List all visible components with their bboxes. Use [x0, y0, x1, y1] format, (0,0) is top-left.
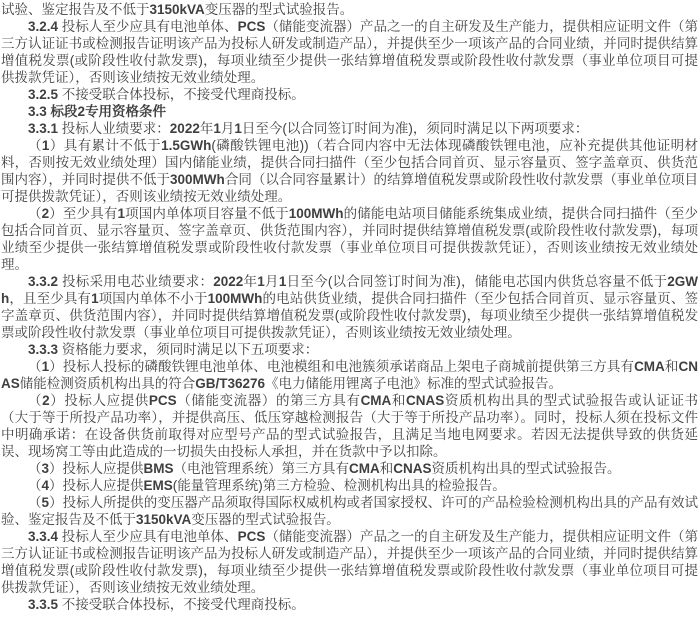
latin-run: GB/T36276: [195, 376, 265, 391]
latin-run: 1: [234, 121, 242, 136]
latin-run: 3150kVA: [136, 512, 191, 527]
latin-run: 1: [42, 138, 50, 153]
latin-run: 2022: [170, 121, 200, 136]
tender-document-body: 试验、鉴定报告及不低于3150kVA变压器的型式试验报告。 3.2.4 投标人至…: [0, 0, 700, 613]
latin-run: 1: [91, 291, 99, 306]
paragraph-3-3-5: 3.3.5 不接受联合体投标，不接受代理商投标。: [1, 596, 698, 613]
paragraph-3-3-4: 3.3.4 投标人至少应具有电池单体、PCS（储能变流器）产品之一的自主研发及生…: [1, 528, 698, 596]
paragraph-3-3-3-item-4: （4）投标人应提供EMS(能量管理系统)第三方检验、检测机构出具的检验报告。: [1, 477, 698, 494]
paragraph-3-3-1-item-2: （2）至少具有1项国内单体项目容量不低于100MWh的储能电站项目储能系统集成业…: [1, 205, 698, 273]
latin-run: CNAS: [406, 393, 444, 408]
latin-run: 100MWh: [289, 206, 344, 221]
latin-run: 3.3.5: [28, 597, 58, 612]
latin-run: 4: [42, 478, 50, 493]
latin-run: 5: [42, 495, 50, 510]
latin-run: PCS: [238, 529, 266, 544]
latin-run: BMS: [144, 461, 174, 476]
paragraph-3-2-5: 3.2.5 不接受联合体投标，不接受代理商投标。: [1, 86, 698, 103]
paragraph-3-3-1-item-1: （1）具有累计不低于1.5GWh(磷酸铁锂电池))（若合同内容中无法体现磷酸铁锂…: [1, 137, 698, 205]
latin-run: CMA: [349, 461, 380, 476]
paragraph-3-3-1: 3.3.1 投标人业绩要求：2022年1月1日至今(以合同签订时间为准)，须同时…: [1, 120, 698, 137]
latin-run: 2: [42, 206, 50, 221]
latin-run: 3.3.3: [28, 342, 58, 357]
latin-run: CNAS: [1, 359, 698, 391]
latin-run: 1: [279, 274, 287, 289]
latin-run: 3150kVA: [150, 2, 205, 17]
latin-run: 3.3.1: [28, 121, 58, 136]
latin-run: PCS: [238, 19, 266, 34]
latin-run: 1: [213, 121, 221, 136]
latin-run: 3.3.4: [28, 529, 58, 544]
latin-run: CMA: [361, 393, 392, 408]
latin-run: 2GWh: [1, 274, 698, 306]
paragraph-3-2-4: 3.2.4 投标人至少应具有电池单体、PCS（储能变流器）产品之一的自主研发及生…: [1, 18, 698, 86]
paragraph-3-3-3-item-2: （2）投标人应提供PCS（储能变流器）的第三方具有CMA和CNAS资质机构出具的…: [1, 392, 698, 460]
latin-run: 100MWh: [208, 291, 263, 306]
latin-run: PCS: [149, 393, 177, 408]
latin-run: 1: [257, 274, 265, 289]
latin-run: 3.2.5: [28, 87, 58, 102]
latin-run: 2022: [213, 274, 243, 289]
latin-run: CNAS: [393, 461, 431, 476]
latin-run: 2: [42, 393, 50, 408]
latin-run: 1: [42, 359, 50, 374]
latin-run: 2: [78, 104, 86, 119]
latin-run: CMA: [634, 359, 665, 374]
paragraph-3-3-3-item-3: （3）投标人应提供BMS（电池管理系统）第三方具有CMA和CNAS资质机构出具的…: [1, 460, 698, 477]
latin-run: EMS: [144, 478, 173, 493]
paragraph-3-3-3-item-5: （5）投标人所提供的变压器产品须取得国际权威机构或者国家授权、许可的产品检验检测…: [1, 494, 698, 528]
paragraph-continuation-top: 试验、鉴定报告及不低于3150kVA变压器的型式试验报告。: [1, 1, 698, 18]
latin-run: 1: [117, 206, 125, 221]
latin-run: 3.2.4: [28, 19, 58, 34]
paragraph-3-3-3: 3.3.3 资格能力要求，须同时满足以下五项要求：: [1, 341, 698, 358]
paragraph-3-3-2: 3.3.2 投标采用电芯业绩要求：2022年1月1日至今(以合同签订时间为准)，…: [1, 273, 698, 341]
section-heading-3-3: 3.3 标段2专用资格条件: [1, 103, 698, 120]
paragraph-3-3-3-item-1: （1）投标人投标的磷酸铁锂电池单体、电池模组和电池簇须承诺商品上架电子商城前提供…: [1, 358, 698, 392]
latin-run: 3.3: [28, 104, 47, 119]
latin-run: 3: [42, 461, 50, 476]
latin-run: 300MWh: [170, 172, 225, 187]
latin-run: 3.3.2: [28, 274, 58, 289]
latin-run: 1.5GWh: [161, 138, 211, 153]
